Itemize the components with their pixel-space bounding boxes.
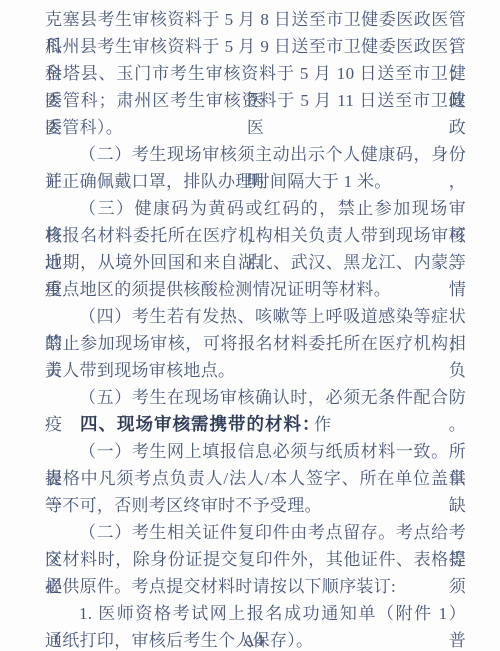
document-line: 交材料时，除身份证提交复印件外，其他证件、表格等必须 [45, 546, 466, 573]
document-line: 近期，从境外回国和来自湖北、武汉、黑龙江、内蒙等疫情 [45, 249, 466, 276]
document-line: 克塞县考生审核资料于 5 月 8 日送至市卫健委医政医管科； [45, 6, 466, 33]
document-line: （三）健康码为黄码或红码的，禁止参加现场审核，可 [45, 195, 466, 222]
document-text-block: 克塞县考生审核资料于 5 月 8 日送至市卫健委医政医管科；瓜州县考生审核资料于… [45, 6, 466, 651]
document-line: 1. 医师资格考试网上报名成功通知单（附件 1）（A4 普 [45, 600, 466, 627]
document-line: 将报名材料委托所在医疗机构相关负责人带到现场审核地点。 [45, 222, 466, 249]
document-line: 医管科；肃州区考生审核资料于 5 月 11 日送至市卫健委医政 [45, 87, 466, 114]
document-page: 克塞县考生审核资料于 5 月 8 日送至市卫健委医政医管科；瓜州县考生审核资料于… [0, 0, 500, 651]
document-line: （一）考生网上填报信息必须与纸质材料一致。所提供 [45, 438, 466, 465]
document-line: 金塔县、玉门市考生审核资料于 5 月 10 日送至市卫健委医政 [45, 60, 466, 87]
document-line: （二）考生相关证件复印件由考点留存。考点给考区提 [45, 519, 466, 546]
document-line: （二）考生现场审核须主动出示个人健康码，身份证明， [45, 141, 466, 168]
document-line: （四）考生若有发热、咳嗽等上呼吸道感染等症状的， [45, 303, 466, 330]
document-line: 表格中凡须考点负责人/法人/本人签字、所在单位盖章等缺 [45, 465, 466, 492]
document-line: 瓜州县考生审核资料于 5 月 9 日送至市卫健委医政医管科； [45, 33, 466, 60]
document-line: （五）考生在现场审核确认时，必须无条件配合防疫工作。 [45, 384, 466, 411]
document-line: 禁止参加现场审核，可将报名材料委托所在医疗机构相关负 [45, 330, 466, 357]
